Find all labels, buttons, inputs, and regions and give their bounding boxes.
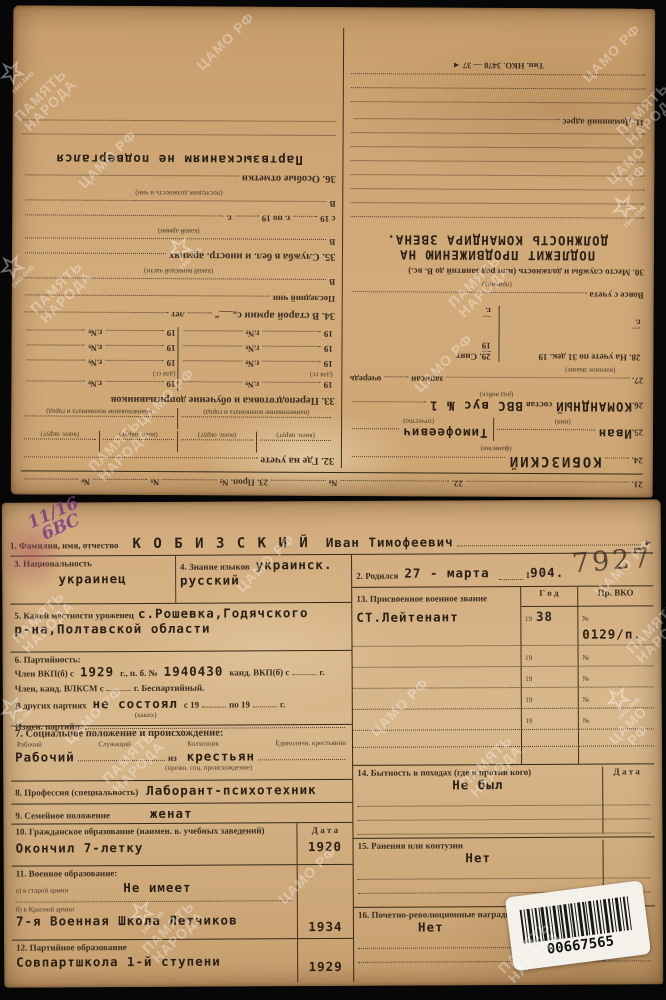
name-value: Иван (598, 426, 632, 441)
ruled-line (25, 277, 326, 289)
ruled-line (340, 480, 448, 491)
year-prefix: 19 (525, 696, 532, 704)
field-13-label: 13. Присвоенное военное звание (356, 593, 487, 604)
field-24-sub: (фамилия) (349, 444, 643, 454)
ruled-line (181, 416, 331, 430)
language-value-1: украинск. (256, 557, 333, 572)
ruled-line (358, 865, 604, 880)
field-32-label: 32. Где на учете (260, 455, 334, 466)
red-army-education-value: 7-я Военная Школа Летчиков (16, 913, 293, 929)
ruled-line (354, 118, 560, 129)
ruled-line (24, 415, 174, 429)
field-26-label: состав (526, 400, 552, 410)
ruled-line (499, 570, 523, 580)
field-32-sub-wide: (наименование военкомата и город) (181, 408, 331, 417)
year-prefix: 19 (324, 344, 333, 354)
field-9-family: 9. Семейное положение женат (11, 802, 352, 825)
ruled-line (497, 429, 595, 440)
field-8-profession: 8. Профессия (специальность) Лаборант-пс… (11, 780, 352, 805)
number-sign: № (81, 477, 90, 487)
field-28-29: 28. На учете по 31 дек. 19 г. 29. Снят 1… (350, 305, 644, 363)
number-sign: № (582, 674, 589, 682)
ruled-line (353, 401, 427, 411)
field-29-year: 19 (482, 341, 491, 351)
date-column-label: Д а т а (299, 825, 350, 835)
year-suffix: г. (226, 213, 231, 223)
field-11a-label: а) в старой армии (16, 887, 69, 895)
birthplace-line-2: р-на,Полтавской области (14, 620, 347, 637)
other-parties-value: не состоял (93, 696, 178, 711)
number-sign: № (245, 344, 254, 354)
v-label: В (329, 237, 335, 247)
family-status-value: женат (150, 805, 193, 820)
empty-year-cell: 19 (521, 645, 578, 666)
field-6-party: 6. Партийность: Член ВКП(б) с 1929 г., п… (11, 651, 352, 727)
field-34b-sub: (какой воинской части) (22, 266, 335, 276)
empty-year-cell: 19 (521, 708, 578, 729)
party-year-value: 1929 (80, 665, 114, 680)
patronymic-value: Тимофеевич (402, 425, 487, 440)
year-column-header: Г о д (521, 586, 578, 606)
ruled-line (181, 439, 253, 452)
red-army-education-date: 1934 (300, 919, 351, 934)
field-14-campaigns: 14. Бытность в походах (где и против ког… (353, 764, 654, 839)
year-prefix: 19 (525, 615, 532, 623)
number-sign: № (88, 358, 97, 368)
year-suffix: г. (97, 343, 102, 353)
field-27-num: 27. (632, 376, 643, 386)
number-sign: № (582, 614, 589, 622)
quote-blank: „___“ (215, 310, 238, 320)
ruled-line (25, 252, 166, 263)
ruled-line (352, 456, 505, 467)
ruled-line (446, 377, 629, 388)
front-left-column: 3. Национальность украинец 4. Знание язы… (10, 555, 354, 984)
ruled-line (107, 681, 131, 691)
ruled-line (202, 698, 226, 708)
campaigns-value: Не был (357, 776, 598, 792)
empty-order-cell: № (578, 687, 653, 708)
field-12-label: 12. Партийное образование (16, 941, 293, 952)
ruled-line (27, 329, 85, 339)
year-prefix: 19 (324, 380, 333, 390)
old-army-education-value: Не имеет (123, 880, 191, 895)
field-34-label: 34. В старой армии с (237, 309, 335, 321)
empty-cell (353, 646, 522, 668)
field-33-label: 33. Переподготовка и обучение допризывни… (21, 393, 334, 406)
field-7-sub: (прежн. соц. происхождение) (165, 763, 348, 772)
ruled-line (293, 216, 317, 226)
category-peasant: Единоличн. крестьянин (275, 739, 346, 747)
year-suffix: г. (97, 358, 102, 368)
ruled-line (262, 331, 320, 341)
number-sign: № (582, 653, 589, 661)
field-12-party-education: 12. Партийное образование Совпартшкола 1… (12, 939, 353, 984)
ruled-line (23, 133, 336, 149)
ruled-line (357, 819, 603, 834)
ruled-line (26, 380, 84, 390)
field-33-sub: (для сс) (181, 370, 333, 379)
ruled-line (258, 750, 345, 760)
ruled-line (351, 73, 645, 89)
field-30-typed-2: ДОЛЖНОСТЬ КОМАНДИРА ЗВЕНА. (350, 232, 644, 249)
field-26-num: 26. (632, 401, 643, 411)
field-32-sub: (воен. округ) (181, 431, 253, 439)
field-28-label: 28. На учете по 31 дек. 19 (539, 352, 641, 363)
field-11-military-education: 11. Военное образование: а) в старой арм… (12, 865, 353, 941)
ruled-line (105, 360, 163, 370)
field-30-typed-1: ПОДЛЕЖИТ ПРОДВИЖЕНИЮ НА (350, 247, 644, 264)
ruled-line (183, 381, 241, 391)
empty-order-cell: № (579, 708, 654, 729)
ruled-line (351, 132, 645, 148)
back-page: 21. 22. № 23. Проп. № № № 24. КОБИЗСКИЙ … (11, 5, 656, 497)
number-sign: № (583, 695, 590, 703)
ruled-line (25, 237, 326, 249)
field-36-label: 36. Особые отметки (242, 173, 336, 184)
field-8-label: 8. Профессия (специальность) (15, 787, 138, 798)
from-year: с 19 (320, 214, 335, 224)
ruled-line (24, 478, 78, 488)
social-position-value: Рабочий (15, 750, 75, 765)
ruled-line (632, 328, 640, 353)
year-prefix: 19 (167, 328, 176, 338)
category-worker: Рабочий (17, 741, 42, 749)
year-prefix: 19 (166, 379, 175, 389)
field-25-num: 25. (632, 428, 643, 438)
field-5-birthplace: 5. Какой местности уроженец с.Рошевка,Го… (10, 603, 351, 654)
social-origin-value: крестьян (187, 749, 255, 764)
empty-cell (579, 746, 654, 763)
to-year: г. по 19 (262, 214, 291, 224)
wounds-value: Нет (358, 850, 599, 866)
back-page-content: 21. 22. № 23. Проп. № № № 24. КОБИЗСКИЙ … (11, 5, 656, 497)
ruled-line (105, 381, 163, 391)
ruled-line (351, 188, 645, 204)
field-35-years: с 19 г. по 19 г. (22, 211, 335, 226)
imprint-arrow-icon: ◄ (452, 61, 460, 71)
empty-year-cell: 19 (521, 666, 578, 687)
rank-order-value: 0129/п. (582, 626, 642, 641)
year-prefix: 19 (525, 675, 532, 683)
field-35-title: 35. Служба в бел. и иностр. армиях (22, 249, 335, 264)
field-11-label: 11. Военное образование: (16, 868, 293, 879)
ruled-line (357, 791, 603, 806)
field-26-sub: (род войск) (350, 390, 644, 400)
category-clerk: Служащий (98, 740, 130, 748)
field-25-name-sub: (имя) (494, 418, 632, 427)
number-sign: № (88, 343, 97, 353)
party-education-value: Совпартшкола 1-й ступени (16, 953, 293, 969)
vlksm-label: Член, канд. ВЛКСМ с (15, 684, 104, 694)
ruled-line (105, 345, 163, 355)
year-prefix: 19 (525, 717, 532, 725)
field-35-army: В (22, 234, 335, 249)
ruled-line (25, 174, 238, 185)
field-10-label: 10. Гражданское образование (наимен. в. … (15, 826, 292, 837)
empty-cell (579, 729, 654, 746)
empty-cell (353, 709, 522, 731)
field-9-label: 9. Семейное положение (15, 810, 110, 820)
field-27-sub: (военное звание) (350, 365, 616, 374)
ruled-line (351, 146, 645, 162)
ruled-line (604, 865, 651, 879)
empty-cell (353, 747, 522, 765)
field-last-rank: Последний чин (22, 291, 335, 306)
empty-cell (522, 746, 579, 763)
ruled-line (105, 330, 163, 340)
field-36-position-line: В (22, 196, 335, 211)
ruled-line (184, 345, 242, 355)
nonparty-label: г. Беспартийный. (134, 683, 205, 693)
year-prefix: 19 (324, 359, 333, 369)
field-10-education: 10. Гражданское образование (наимен. в. … (11, 823, 352, 867)
year-suffix: г. (97, 379, 102, 389)
front-page: 11/16 6ВС 7927 1. Фамилия, имя, отчество… (2, 499, 664, 987)
ruled-line (103, 439, 175, 452)
surname-value: К О Б И З С К И Й (132, 535, 309, 552)
field-27-mid: записан (411, 374, 443, 384)
ruled-line (93, 479, 147, 489)
year-suffix: г. (254, 329, 259, 339)
ruled-line (235, 215, 259, 225)
vovse-sub: (причина) (350, 280, 644, 290)
ruled-line (605, 457, 629, 467)
ruled-line (357, 805, 603, 820)
field-32-title: 32. Где на учете (21, 453, 334, 468)
back-right-column: 32. Где на учете (воен. округ) (воен. ок… (21, 26, 344, 468)
ruled-line (351, 160, 645, 176)
year-prefix: 19 (167, 358, 176, 368)
ruled-line (292, 666, 316, 676)
rank-value: СТ.Лейтенант (356, 609, 458, 625)
field-5-label: 5. Какой местности уроженец (14, 610, 134, 621)
page-top-margin (10, 503, 653, 536)
ruled-line (351, 174, 645, 190)
date-column-label: Д а т а (603, 766, 650, 776)
field-23-label: 23. Проп. № (219, 477, 268, 487)
ruled-line (262, 382, 320, 392)
v-label: В (329, 277, 335, 287)
print-imprint: Тип. НКО. 3478 — 37 ◄ (351, 60, 645, 72)
back-left-column: 24. КОБИЗСКИЙ (фамилия) 25. Иван (имя) Т… (341, 28, 645, 470)
field-35-sub: (какой армии) (22, 226, 335, 236)
field-32-sub: (воен. округ) (103, 431, 175, 439)
field-7-social: 7. Социальное положение и происхождение:… (11, 725, 352, 781)
ruled-line (466, 481, 629, 492)
number-sign: № (245, 380, 254, 390)
year-suffix: г. (254, 344, 259, 354)
field-34-old-army: 34. В старой армии с „___“ лет (22, 308, 335, 323)
number-sign: № (88, 379, 97, 389)
year-suffix: г. (319, 667, 324, 677)
from-year: с 19 (184, 700, 199, 710)
last-rank-label: Последний чин (273, 294, 335, 304)
ruled-line (262, 361, 320, 371)
ruled-line (352, 428, 399, 438)
field-24-num: 24. (632, 456, 643, 466)
field-33-grid: 19г.№ (для сс) 19г.№ 19г.№ 19г.№ 19г.№ (… (21, 326, 335, 392)
ruled-line (483, 316, 491, 341)
party-education-date: 1929 (300, 959, 351, 974)
ruled-line (253, 698, 277, 708)
birth-year-value: 904. (530, 565, 564, 580)
ruled-line (184, 360, 242, 370)
candidate-label: канд. ВКП(б) с (229, 668, 289, 678)
ruled-line (384, 376, 408, 386)
field-36-typed: Партвзысканиям не подвергался (56, 152, 303, 168)
ruled-line (25, 294, 270, 305)
year-prefix: 19 (525, 654, 532, 662)
other-parties-label: В других партиях (15, 701, 87, 711)
field-2-label: 2. Родился (356, 570, 398, 580)
field-26-composition: 26. КОМАНДНЫЙ состав ВВС вус № 1 (349, 398, 643, 415)
number-sign: № (88, 328, 97, 338)
empty-cell (353, 667, 522, 689)
ruled-line (603, 805, 650, 819)
vkpb-label: Член ВКП(б) с (15, 669, 74, 679)
empty-year-cell: 19 (521, 687, 578, 708)
field-25-name: 25. Иван (имя) Тимофеевич (отчество) (349, 417, 643, 442)
ticket-label: г., п. б. № (120, 668, 158, 678)
field-22-label: 22. (452, 479, 463, 489)
iz-label: из (168, 753, 177, 763)
field-vovse: Вовсе с учета (350, 288, 644, 303)
field-41-address: 41. Домашний адрес (351, 115, 645, 130)
year-suffix: г. (97, 328, 102, 338)
empty-cell (353, 688, 522, 710)
empty-order-cell: № (578, 666, 653, 687)
empty-cell (353, 730, 522, 748)
vovse-label: Вовсе с учета (589, 290, 644, 300)
field-35-label: 35. Служба в бел. и иностр. армиях (169, 250, 335, 262)
ruled-line (603, 791, 650, 805)
field-27-tail: очередь (350, 374, 382, 384)
number-sign: № (245, 359, 254, 369)
field-24-surname: 24. КОБИЗСКИЙ (349, 452, 643, 470)
field-41-label: 41. Домашний адрес (562, 117, 644, 127)
civil-education-date: 1920 (299, 839, 350, 854)
field-32-sub: (воен. округ) (260, 432, 332, 440)
composition-value: КОМАНДНЫЙ (555, 399, 632, 414)
year-prefix: 19 (167, 343, 176, 353)
ruled-line (26, 344, 84, 354)
ruled-line (271, 480, 325, 490)
profession-value: Лаборант-психотехник (146, 782, 317, 798)
field-25-patr-sub: (отчество) (349, 417, 487, 426)
ruled-line (353, 291, 586, 302)
field-34-tail: лет (171, 310, 185, 320)
ticket-number-value: 1940430 (164, 664, 224, 679)
ruled-line (23, 119, 336, 135)
birthplace-line-1: с.Рошевка,Годячского (138, 605, 309, 621)
ruled-line (24, 438, 96, 451)
empty-order-cell: № (578, 645, 653, 666)
ruled-line (188, 312, 212, 322)
name-patronymic-value: Иван Тимофеевич (326, 534, 454, 550)
field-32-sub-wide: (наименование военкомата и город) (24, 407, 174, 416)
field-21-label: 21. (632, 480, 643, 490)
rank-value-cell: СТ.Лейтенант (352, 607, 521, 647)
ruled-line (25, 199, 326, 211)
ruled-line (184, 330, 242, 340)
surname-value: КОБИЗСКИЙ (508, 453, 602, 469)
ruled-line (351, 87, 645, 103)
year-suffix: г. (254, 359, 259, 369)
ruled-line (25, 214, 223, 225)
field-36-title: 36. Особые отметки (22, 171, 335, 186)
ruled-line (262, 346, 320, 356)
field-32-wide-cells: (наименование военкомата и город) (наиме… (21, 407, 334, 430)
field-30-label: 30. Место службы и должность (или род за… (350, 266, 644, 278)
ruled-line (260, 440, 332, 453)
field-27-rank-line: 27. записан очередь (350, 373, 644, 388)
scan-canvas: { "common": {"y19": "19", "no": "№", "g"… (0, 0, 666, 1000)
field-34b-unit: В (22, 274, 335, 289)
ruled-line (604, 819, 651, 833)
field-32-sub: (воен. округ) (24, 430, 96, 438)
number-sign: № (245, 329, 254, 339)
field-36-sub: (последняя должность и чин) (22, 188, 335, 198)
barcode-icon (519, 895, 634, 943)
category-kolkhoznik: Колхозник (187, 740, 219, 748)
field-13-label-cell: 13. Присвоенное военное звание (352, 587, 521, 608)
rank-year-value: 38 (536, 609, 553, 624)
birth-date-value: 27 - марта (404, 565, 489, 580)
field-29-label: 29. Снят (456, 352, 491, 362)
ruled-line (483, 351, 491, 352)
civil-education-value: Окончил 7-летку (16, 840, 293, 856)
to-year: по 19 (229, 700, 250, 710)
field-4-label: 4. Знание языков (180, 561, 250, 571)
handwritten-reg-number: 7927 (571, 543, 654, 580)
v-label: В (330, 199, 336, 209)
order-column-header: Пр. ВКО (578, 586, 653, 606)
rank-order-cell: № 0129/п. (578, 606, 653, 645)
field-13-rank-table: 13. Присвоенное военное звание Г о д Пр.… (352, 586, 654, 766)
branch-value: ВВС вус № 1 (429, 399, 523, 414)
field-21-23-row: 21. 22. № 23. Проп. № № № (21, 470, 643, 491)
ruled-line (25, 311, 169, 322)
ruled-line (350, 216, 644, 232)
ruled-line (162, 479, 216, 489)
ruled-line (351, 202, 645, 218)
field-28-suffix: г. (635, 318, 640, 328)
number-sign: № (328, 478, 337, 488)
ruled-line (26, 359, 84, 369)
year-suffix: г. (254, 380, 259, 390)
ruled-line (351, 101, 645, 117)
imprint-text: Тип. НКО. 3478 — 37 (463, 61, 544, 71)
number-sign: № (583, 716, 590, 724)
empty-cell (522, 729, 579, 746)
ruled-line (24, 456, 258, 467)
field-33-sub: (для сс) (23, 369, 175, 378)
year-prefix: 19 (324, 329, 333, 339)
number-sign: № (150, 477, 159, 487)
rank-year-cell: 19 38 (521, 606, 578, 645)
ruled-line (78, 751, 165, 761)
field-32-cells: (воен. округ) (воен. округ) (воен. округ… (21, 430, 334, 453)
field-29-suffix: г. (486, 306, 491, 316)
year-suffix: г. (280, 700, 285, 710)
language-value-2: русский (180, 572, 347, 588)
